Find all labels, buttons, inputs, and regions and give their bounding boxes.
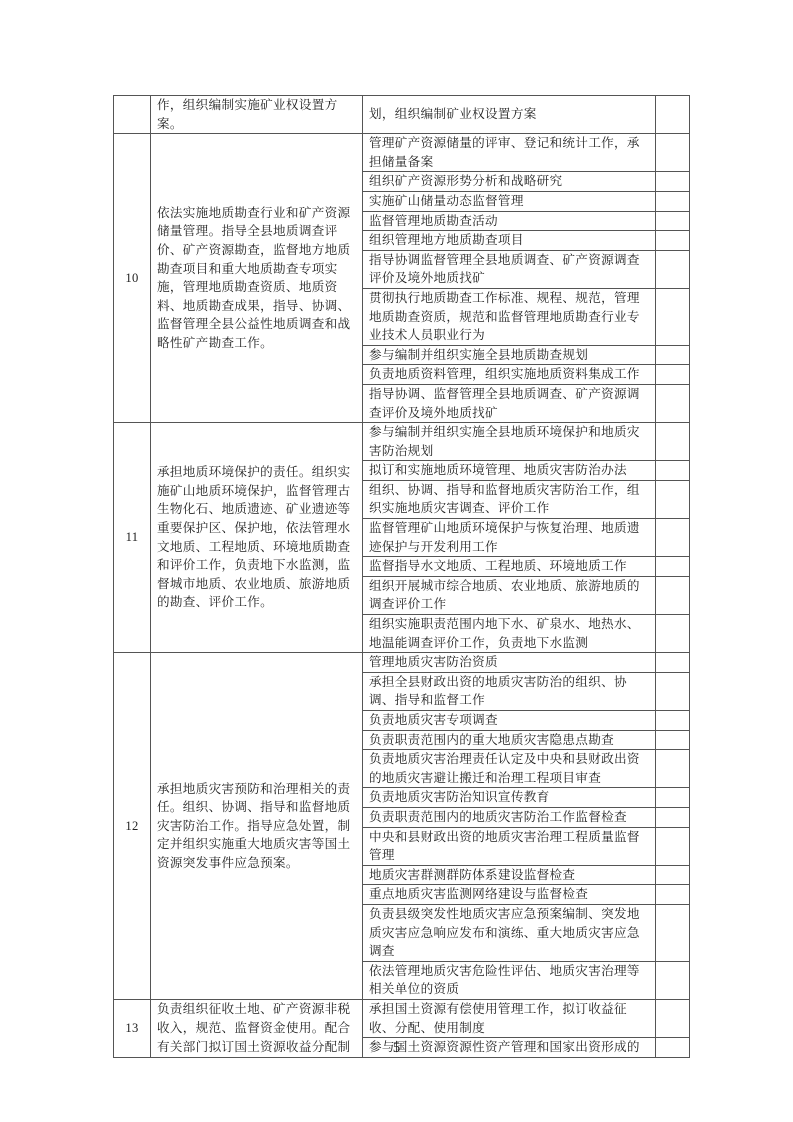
note-cell bbox=[656, 250, 690, 288]
duty-item: 负责地质灾害防治知识宣传教育 bbox=[363, 788, 656, 808]
duty-item: 地质灾害群测群防体系建设监督检查 bbox=[363, 865, 656, 885]
note-cell bbox=[656, 904, 690, 961]
duty-item: 依法管理地质灾害危险性评估、地质灾害治理等相关单位的资质 bbox=[363, 961, 656, 999]
note-cell bbox=[656, 730, 690, 750]
table-row: 13负责组织征收土地、矿产资源非税收入，规范、监督资金使用。配合有关部门拟订国土… bbox=[114, 999, 690, 1037]
duty-item: 指导协调监督管理全县地质调查、矿产资源调查评价及境外地质找矿 bbox=[363, 250, 656, 288]
duty-item: 参与编制并组织实施全县地质勘查规划 bbox=[363, 345, 656, 365]
duty-item: 管理地质灾害防治资质 bbox=[363, 653, 656, 673]
note-cell bbox=[656, 961, 690, 999]
duty-item: 负责地质灾害治理责任认定及中央和县财政出资的地质灾害避让搬迁和治理工程项目审查 bbox=[363, 750, 656, 788]
duty-item: 组织开展城市综合地质、农业地质、旅游地质的调查评价工作 bbox=[363, 576, 656, 614]
note-cell bbox=[656, 384, 690, 422]
duty-description: 作，组织编制实施矿业权设置方案。 bbox=[151, 96, 363, 134]
note-cell bbox=[656, 615, 690, 653]
row-number: 12 bbox=[114, 653, 151, 1000]
duty-item: 中央和县财政出资的地质灾害治理工程质量监督管理 bbox=[363, 827, 656, 865]
row-number: 10 bbox=[114, 134, 151, 423]
note-cell bbox=[656, 653, 690, 673]
duty-item: 管理矿产资源储量的评审、登记和统计工作，承担储量备案 bbox=[363, 134, 656, 172]
duty-item: 负责地质资料管理，组织实施地质资料集成工作 bbox=[363, 365, 656, 385]
note-cell bbox=[656, 345, 690, 365]
duty-item: 拟订和实施地质环境管理、地质灾害防治办法 bbox=[363, 461, 656, 481]
duty-item: 监督管理矿山地质环境保护与恢复治理、地质遗迹保护与开发利用工作 bbox=[363, 519, 656, 557]
table-row: 10依法实施地质勘查行业和矿产资源储量管理。指导全县地质调查评价、矿产资源勘查，… bbox=[114, 134, 690, 172]
note-cell bbox=[656, 750, 690, 788]
duty-item: 监督指导水文地质、工程地质、环境地质工作 bbox=[363, 557, 656, 577]
note-cell bbox=[656, 519, 690, 557]
duty-item: 组织实施职责范围内地下水、矿泉水、地热水、地温能调查评价工作，负责地下水监测 bbox=[363, 615, 656, 653]
duty-item: 组织管理地方地质勘查项目 bbox=[363, 231, 656, 251]
duty-item: 指导协调、监督管理全县地质调查、矿产资源调查评价及境外地质找矿 bbox=[363, 384, 656, 422]
row-number bbox=[114, 96, 151, 134]
duty-item: 负责职责范围内的重大地质灾害隐患点勘查 bbox=[363, 730, 656, 750]
note-cell bbox=[656, 211, 690, 231]
document-page: 作，组织编制实施矿业权设置方案。 划，组织编制矿业权设置方案 10依法实施地质勘… bbox=[0, 0, 793, 1122]
note-cell bbox=[656, 711, 690, 731]
duty-item: 贯彻执行地质勘查工作标准、规程、规范，管理地质勘查资质，规范和监督管理地质勘查行… bbox=[363, 288, 656, 345]
duty-item: 负责地质灾害专项调查 bbox=[363, 711, 656, 731]
duty-item: 组织矿产资源形势分析和战略研究 bbox=[363, 172, 656, 192]
duty-item: 承担国土资源有偿使用管理工作，拟订收益征收、分配、使用制度 bbox=[363, 999, 656, 1037]
note-cell bbox=[656, 557, 690, 577]
note-cell bbox=[656, 672, 690, 710]
note-cell bbox=[656, 807, 690, 827]
table-row-continuation: 作，组织编制实施矿业权设置方案。 划，组织编制矿业权设置方案 bbox=[114, 96, 690, 134]
note-cell bbox=[656, 480, 690, 518]
note-cell bbox=[656, 999, 690, 1037]
duty-item: 实施矿山储量动态监督管理 bbox=[363, 191, 656, 211]
responsibility-table: 作，组织编制实施矿业权设置方案。 划，组织编制矿业权设置方案 10依法实施地质勘… bbox=[113, 95, 690, 1058]
duty-item: 负责职责范围内的地质灾害防治工作监督检查 bbox=[363, 807, 656, 827]
table-row: 11承担地质环境保护的责任。组织实施矿山地质环境保护，监督管理古生物化石、地质遗… bbox=[114, 423, 690, 461]
duty-description: 依法实施地质勘查行业和矿产资源储量管理。指导全县地质调查评价、矿产资源勘查，监督… bbox=[151, 134, 363, 423]
duty-description: 承担地质环境保护的责任。组织实施矿山地质环境保护，监督管理古生物化石、地质遗迹、… bbox=[151, 423, 363, 653]
duty-item: 参与编制并组织实施全县地质环境保护和地质灾害防治规划 bbox=[363, 423, 656, 461]
note-cell bbox=[656, 576, 690, 614]
note-cell bbox=[656, 231, 690, 251]
note-cell bbox=[656, 865, 690, 885]
note-cell bbox=[656, 191, 690, 211]
duty-item: 组织、协调、指导和监督地质灾害防治工作，组织实施地质灾害调查、评价工作 bbox=[363, 480, 656, 518]
duty-item: 负责县级突发性地质灾害应急预案编制、突发地质灾害应急响应发布和演练、重大地质灾害… bbox=[363, 904, 656, 961]
duty-item: 划，组织编制矿业权设置方案 bbox=[363, 96, 656, 134]
table-row: 12承担地质灾害预防和治理相关的责任。组织、协调、指导和监督地质灾害防治工作。指… bbox=[114, 653, 690, 673]
note-cell bbox=[656, 365, 690, 385]
note-cell bbox=[656, 96, 690, 134]
duty-item: 重点地质灾害监测网络建设与监督检查 bbox=[363, 885, 656, 905]
note-cell bbox=[656, 423, 690, 461]
note-cell bbox=[656, 788, 690, 808]
duty-description: 承担地质灾害预防和治理相关的责任。组织、协调、指导和监督地质灾害防治工作。指导应… bbox=[151, 653, 363, 1000]
note-cell bbox=[656, 134, 690, 172]
page-number: 5 bbox=[0, 1040, 793, 1057]
note-cell bbox=[656, 885, 690, 905]
note-cell bbox=[656, 172, 690, 192]
note-cell bbox=[656, 461, 690, 481]
row-number: 11 bbox=[114, 423, 151, 653]
duty-item: 承担全县财政出资的地质灾害防治的组织、协调、指导和监督工作 bbox=[363, 672, 656, 710]
note-cell bbox=[656, 288, 690, 345]
note-cell bbox=[656, 827, 690, 865]
duty-item: 监督管理地质勘查活动 bbox=[363, 211, 656, 231]
